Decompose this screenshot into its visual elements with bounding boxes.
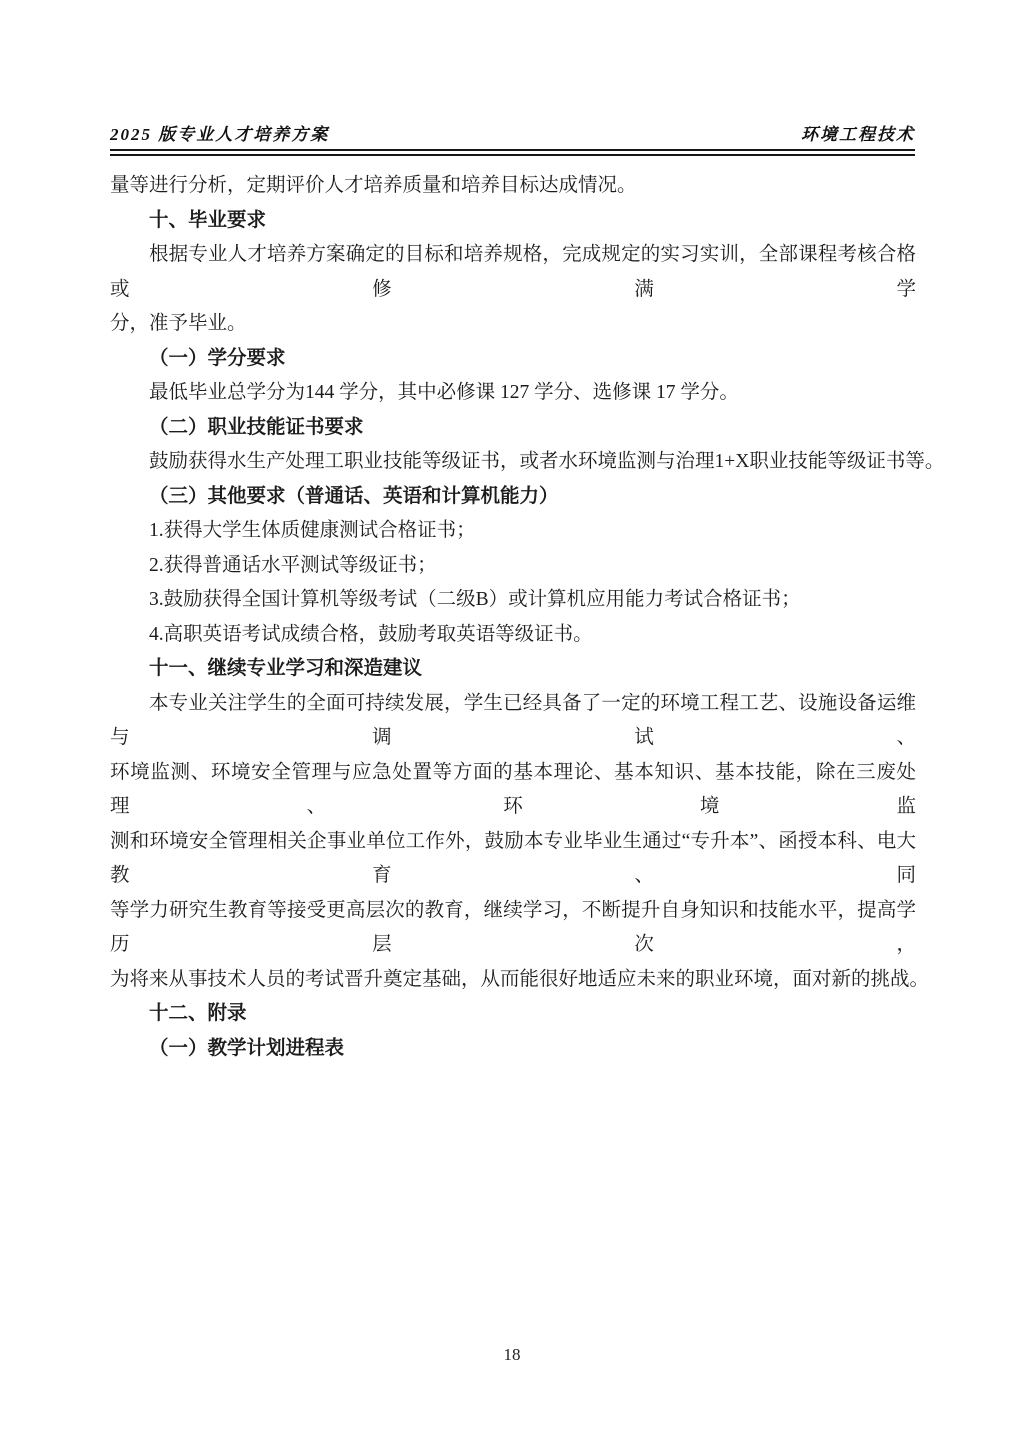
paragraph-line: 本专业关注学生的全面可持续发展，学生已经具备了一定的环境工程工艺、设施设备运维与…: [110, 687, 916, 756]
list-item-2: 2.获得普通话水平测试等级证书；: [110, 549, 916, 584]
page-header: 2025 版专业人才培养方案 环境工程技术: [110, 120, 915, 145]
header-right-title: 环境工程技术: [801, 120, 915, 145]
paragraph-line: 最低毕业总学分为144 学分，其中必修课 127 学分、选修课 17 学分。: [110, 376, 916, 411]
paragraph-line: 为将来从事技术人员的考试晋升奠定基础，从而能很好地适应未来的职业环境，面对新的挑…: [110, 963, 916, 998]
paragraph-line: 等学力研究生教育等接受更高层次的教育，继续学习，不断提升自身知识和技能水平，提高…: [110, 894, 916, 963]
page-number: 18: [0, 1345, 1024, 1365]
paragraph-continuation: 量等进行分析，定期评价人才培养质量和培养目标达成情况。: [110, 169, 916, 204]
paragraph-line: 鼓励获得水生产处理工职业技能等级证书，或者水环境监测与治理1+X职业技能等级证书…: [110, 445, 916, 480]
document-body: 量等进行分析，定期评价人才培养质量和培养目标达成情况。 十、毕业要求 根据专业人…: [110, 169, 916, 1066]
document-page: 2025 版专业人才培养方案 环境工程技术 量等进行分析，定期评价人才培养质量和…: [0, 0, 1024, 1448]
paragraph-line: 分，准予毕业。: [110, 307, 916, 342]
subsection-heading-3: （三）其他要求（普通话、英语和计算机能力）: [110, 480, 916, 515]
header-rule-bottom: [110, 154, 915, 156]
paragraph-line: 根据专业人才培养方案确定的目标和培养规格，完成规定的实习实训，全部课程考核合格或…: [110, 238, 916, 307]
section-heading-10: 十、毕业要求: [110, 204, 916, 239]
appendix-heading: （一）教学计划进程表: [110, 1032, 916, 1067]
list-item-1: 1.获得大学生体质健康测试合格证书；: [110, 514, 916, 549]
list-item-3: 3.鼓励获得全国计算机等级考试（二级B）或计算机应用能力考试合格证书；: [110, 583, 916, 618]
subsection-heading-2: （二）职业技能证书要求: [110, 411, 916, 446]
subsection-heading-1: （一）学分要求: [110, 342, 916, 377]
paragraph-line: 测和环境安全管理相关企事业单位工作外，鼓励本专业毕业生通过“专升本”、函授本科、…: [110, 825, 916, 894]
header-left-title: 2025 版专业人才培养方案: [110, 120, 329, 145]
paragraph-line: 环境监测、环境安全管理与应急处置等方面的基本理论、基本知识、基本技能，除在三废处…: [110, 756, 916, 825]
section-heading-12: 十二、附录: [110, 997, 916, 1032]
header-double-rule: [110, 149, 915, 156]
list-item-4: 4.高职英语考试成绩合格，鼓励考取英语等级证书。: [110, 618, 916, 653]
section-heading-11: 十一、继续专业学习和深造建议: [110, 652, 916, 687]
